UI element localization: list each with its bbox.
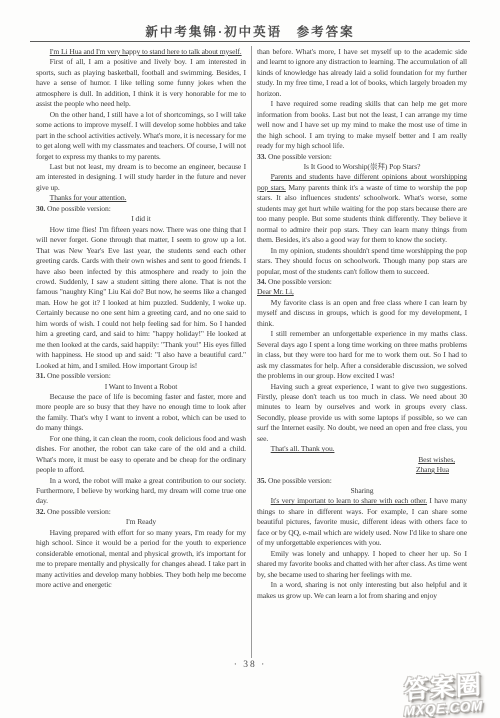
essay-paragraph: First of all, I am a positive and lively… [36,57,246,109]
essay-paragraph: How time flies! I'm fifteen years now. T… [36,225,246,371]
underlined-sentence: It's very important to learn to share wi… [271,496,427,505]
answer-book-page: 新中考集锦·初中英语 参考答案 I'm Li Hua and I'm very … [0,0,500,718]
essay-opening-line: I'm Li Hua and I'm very happy to stand h… [36,47,246,57]
essay-paragraph: In a word, sharing is not only interesti… [257,580,467,601]
essay-title: I did it [36,214,246,224]
essay-title: I Want to Invent a Robot [36,382,246,392]
essay-paragraph: Last but not least, my dream is to becom… [36,162,246,193]
section-item-30: 30. One possible version: [36,204,246,214]
letter-signature: Zhang Hua [257,465,467,475]
section-item-34: 34. One possible version: [257,277,467,287]
letter-closing-line: That's all. Thank you. [257,444,467,454]
essay-paragraph: In a word, the robot will make a great c… [36,476,246,507]
section-item-31: 31. One possible version: [36,371,246,381]
item-number: 30. [36,204,47,213]
item-number: 32. [36,507,47,516]
essay-paragraph: It's very important to learn to share wi… [257,496,467,548]
essay-paragraph-continued: than before. What's more, I have set mys… [257,47,467,99]
essay-paragraph: Having prepared with effort for so many … [36,528,246,591]
essay-paragraph: Having such a great experience, I want t… [257,382,467,445]
essay-title: Sharing [257,486,467,496]
item-number: 34. [257,277,268,286]
item-number: 35. [257,476,268,485]
section-item-33: 33. One possible version: [257,152,467,162]
essay-paragraph: Parents and students have different opin… [257,172,467,245]
right-column: than before. What's more, I have set mys… [257,47,467,659]
essay-paragraph: I have required some reading skills that… [257,99,467,151]
essay-closing-line: Thanks for your attention. [36,193,246,203]
section-item-35: 35. One possible version: [257,476,467,486]
essay-paragraph: Emily was lonely and unhappy. I hoped to… [257,549,467,580]
column-divider [251,46,252,658]
letter-best-wishes: Best wishes, [257,455,467,465]
essay-paragraph: Because the pace of life is becoming fas… [36,392,246,434]
header-rule [30,41,470,42]
page-header: 新中考集锦·初中英语 参考答案 [0,22,500,40]
item-number: 33. [257,152,268,161]
left-column: I'm Li Hua and I'm very happy to stand h… [36,47,246,659]
essay-paragraph: I still remember an unforgettable experi… [257,329,467,381]
essay-paragraph: On the other hand, I still have a lot of… [36,110,246,162]
section-item-32: 32. One possible version: [36,507,246,517]
watermark-logo: 答案圈 MXQE.COM [388,671,498,718]
essay-paragraph: For one thing, it can clean the room, co… [36,434,246,476]
essay-paragraph: My favorite class is an open and free cl… [257,298,467,329]
letter-salutation: Dear Mr. Li, [257,287,467,297]
essay-title: I'm Ready [36,517,246,527]
essay-title: Is It Good to Worship(崇拜) Pop Stars? [257,162,467,172]
item-number: 31. [36,371,47,380]
essay-paragraph: In my opinion, students shouldn't spend … [257,246,467,277]
page-number: · 38 · [0,660,500,670]
